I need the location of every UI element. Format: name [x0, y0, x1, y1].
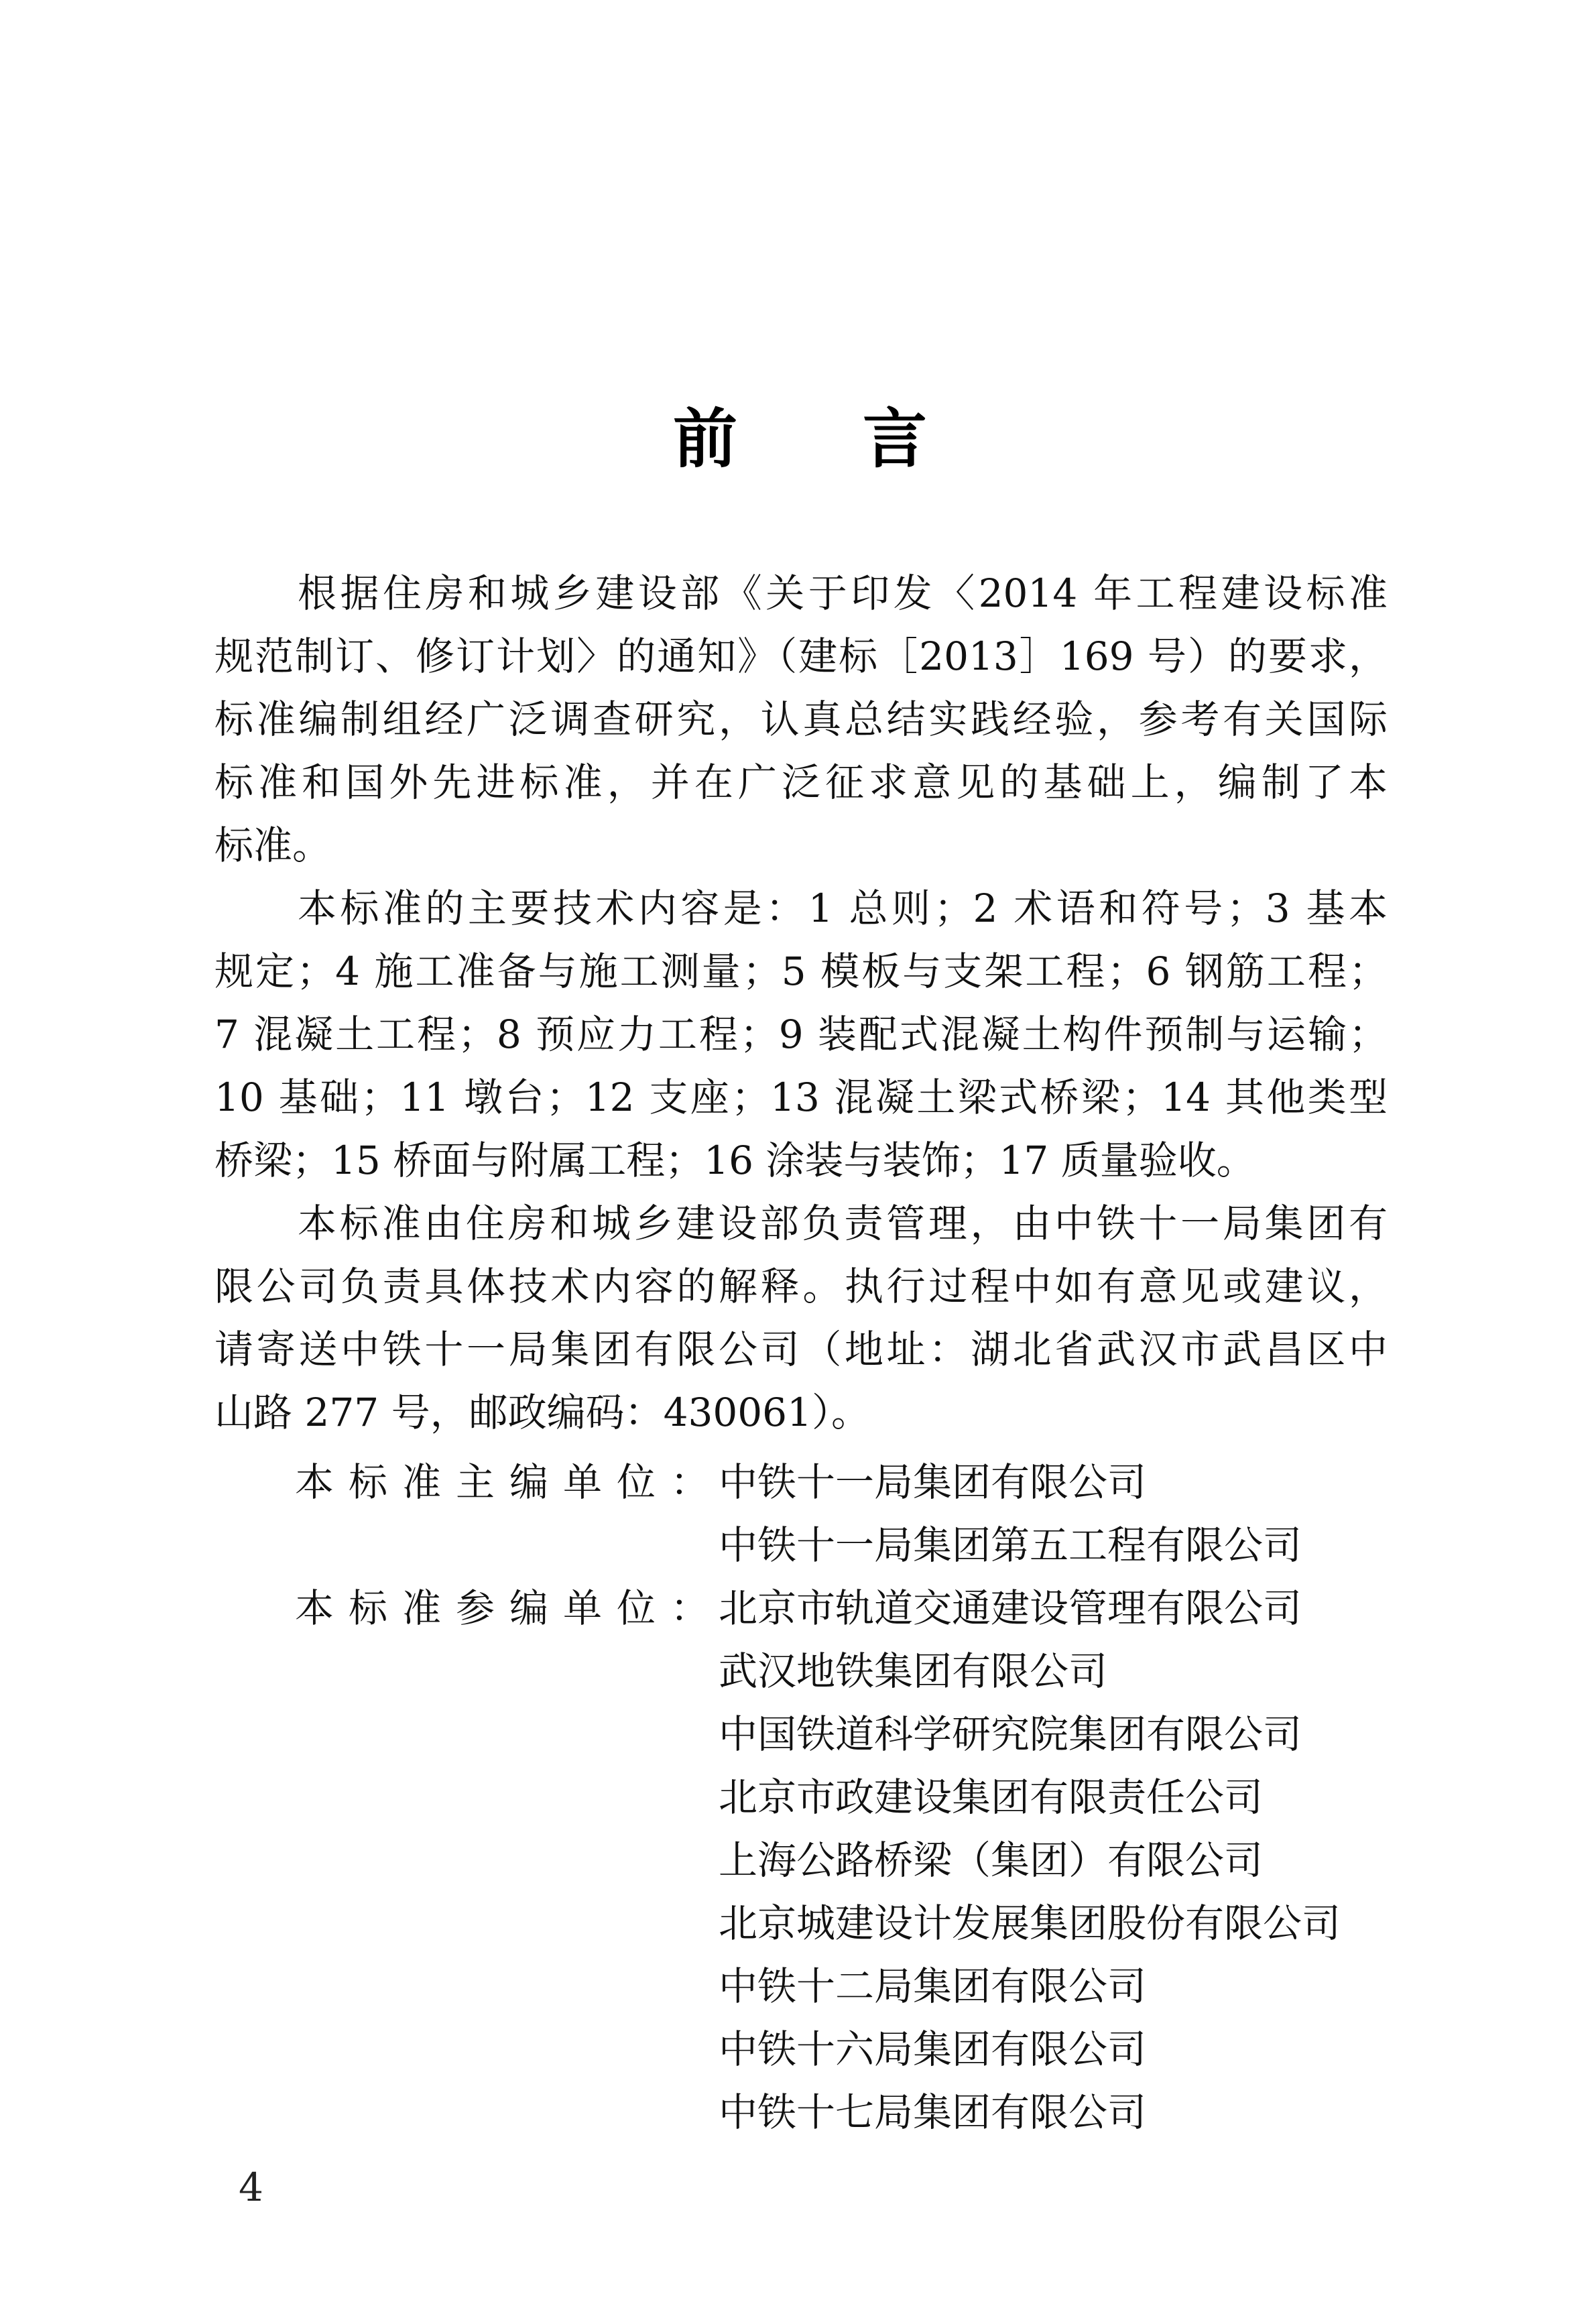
chief-unit-row: 中铁十一局集团第五工程有限公司	[295, 1514, 1401, 1577]
paragraph-line: 山路 277 号，邮政编码：430061）。	[214, 1381, 1388, 1444]
participating-unit-row: 中铁十二局集团有限公司	[295, 1955, 1401, 2018]
participating-unit: 北京市政建设集团有限责任公司	[719, 1766, 1263, 1829]
chief-unit: 中铁十一局集团第五工程有限公司	[719, 1514, 1302, 1577]
paragraph-management: 本标准由住房和城乡建设部负责管理，由中铁十一局集团有 限公司负责具体技术内容的解…	[214, 1192, 1388, 1444]
title-char-2: 言	[863, 396, 927, 483]
title-char-1: 前	[673, 396, 737, 483]
document-page: 前 言 根据住房和城乡建设部《关于印发〈2014 年工程建设标准 规范制订、修订…	[0, 0, 1596, 2310]
participating-unit-row: 武汉地铁集团有限公司	[295, 1640, 1401, 1703]
participating-unit-row: 中铁十六局集团有限公司	[295, 2018, 1401, 2081]
participating-unit-row: 本标准参编单位： 北京市轨道交通建设管理有限公司	[295, 1577, 1401, 1640]
participating-unit-row: 中铁十七局集团有限公司	[295, 2081, 1401, 2144]
participating-units-label: 本标准参编单位：	[295, 1577, 697, 1640]
editing-units: 本标准主编单位： 中铁十一局集团有限公司 中铁十一局集团第五工程有限公司 本标准…	[295, 1451, 1401, 2144]
participating-unit-row: 北京市政建设集团有限责任公司	[295, 1766, 1401, 1829]
chief-units-label: 本标准主编单位：	[295, 1451, 697, 1514]
paragraph-line: 根据住房和城乡建设部《关于印发〈2014 年工程建设标准	[214, 562, 1388, 625]
paragraph-line: 标准编制组经广泛调查研究，认真总结实践经验，参考有关国际	[214, 688, 1388, 751]
page-number: 4	[239, 2164, 263, 2211]
paragraph-contents: 本标准的主要技术内容是：1 总则；2 术语和符号；3 基本 规定；4 施工准备与…	[214, 877, 1388, 1192]
preface-body: 根据住房和城乡建设部《关于印发〈2014 年工程建设标准 规范制订、修订计划〉的…	[214, 562, 1388, 1444]
participating-unit: 北京市轨道交通建设管理有限公司	[719, 1577, 1302, 1640]
paragraph-line: 10 基础；11 墩台；12 支座；13 混凝土梁式桥梁；14 其他类型	[214, 1066, 1388, 1129]
paragraph-line: 桥梁；15 桥面与附属工程；16 涂装与装饰；17 质量验收。	[214, 1129, 1388, 1192]
participating-unit: 北京城建设计发展集团股份有限公司	[719, 1892, 1341, 1955]
paragraph-line: 7 混凝土工程；8 预应力工程；9 装配式混凝土构件预制与运输；	[214, 1003, 1388, 1066]
chief-unit: 中铁十一局集团有限公司	[719, 1451, 1146, 1514]
participating-unit: 中铁十二局集团有限公司	[719, 1955, 1146, 2018]
participating-unit: 中国铁道科学研究院集团有限公司	[719, 1703, 1302, 1766]
paragraph-line: 本标准的主要技术内容是：1 总则；2 术语和符号；3 基本	[214, 877, 1388, 940]
paragraph-line: 规定；4 施工准备与施工测量；5 模板与支架工程；6 钢筋工程；	[214, 940, 1388, 1003]
chief-unit-row: 本标准主编单位： 中铁十一局集团有限公司	[295, 1451, 1401, 1514]
participating-unit: 中铁十六局集团有限公司	[719, 2018, 1146, 2081]
participating-unit-row: 上海公路桥梁（集团）有限公司	[295, 1829, 1401, 1892]
page-title: 前 言	[0, 396, 1596, 483]
participating-unit: 武汉地铁集团有限公司	[719, 1640, 1107, 1703]
paragraph-line: 规范制订、修订计划〉的通知》（建标［2013］169 号）的要求，	[214, 625, 1388, 688]
paragraph-line: 本标准由住房和城乡建设部负责管理，由中铁十一局集团有	[214, 1192, 1388, 1255]
paragraph-line: 标准。	[214, 814, 1388, 877]
participating-unit-row: 北京城建设计发展集团股份有限公司	[295, 1892, 1401, 1955]
paragraph-line: 标准和国外先进标准，并在广泛征求意见的基础上，编制了本	[214, 751, 1388, 814]
paragraph-basis: 根据住房和城乡建设部《关于印发〈2014 年工程建设标准 规范制订、修订计划〉的…	[214, 562, 1388, 877]
participating-unit: 上海公路桥梁（集团）有限公司	[719, 1829, 1263, 1892]
participating-unit-row: 中国铁道科学研究院集团有限公司	[295, 1703, 1401, 1766]
paragraph-line: 请寄送中铁十一局集团有限公司（地址：湖北省武汉市武昌区中	[214, 1318, 1388, 1381]
paragraph-line: 限公司负责具体技术内容的解释。执行过程中如有意见或建议，	[214, 1255, 1388, 1318]
participating-unit: 中铁十七局集团有限公司	[719, 2081, 1146, 2144]
